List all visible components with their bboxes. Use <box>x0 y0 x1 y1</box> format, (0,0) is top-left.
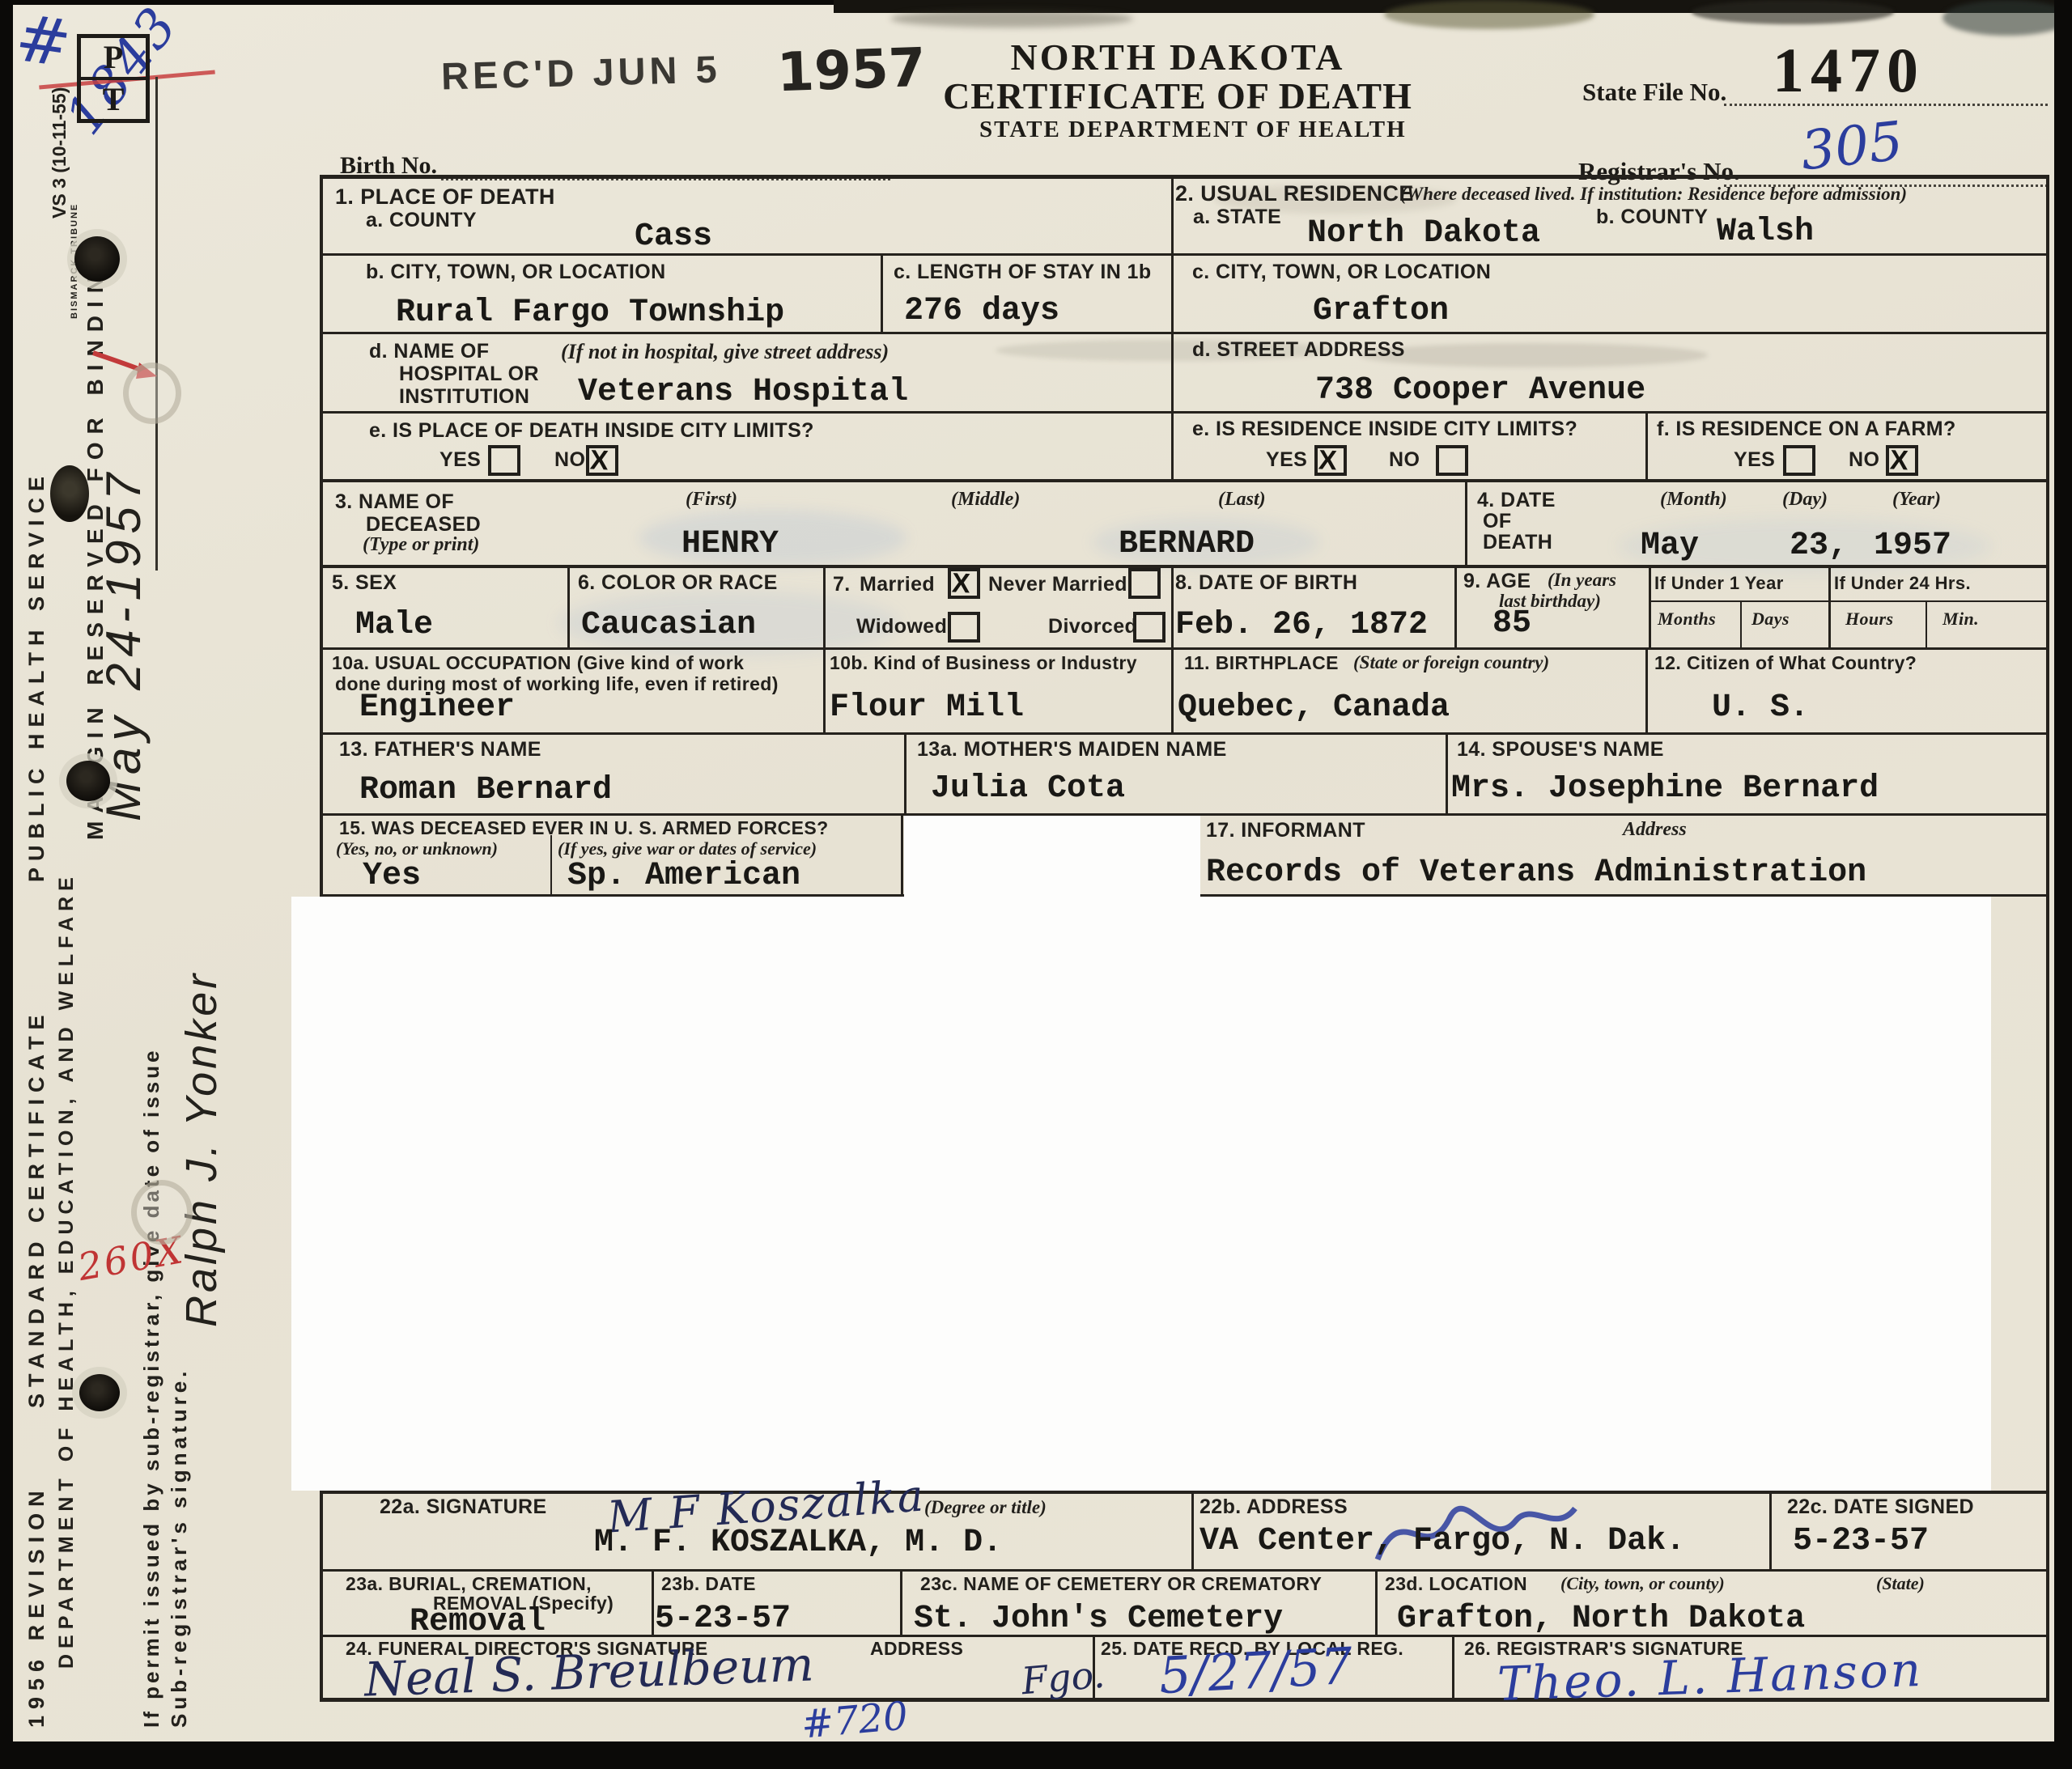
field-street-address-value: 738 Cooper Avenue <box>1315 372 1645 409</box>
birthplace-note: (State or foreign country) <box>1353 652 1549 673</box>
redaction-block-small <box>904 816 1200 900</box>
residence-limits-yes-label: YES <box>1266 448 1307 472</box>
field-usual-residence-label: 2. USUAL RESIDENCE <box>1175 181 1414 206</box>
grid-line <box>320 1491 2049 1494</box>
death-year-label: (Year) <box>1892 489 1941 511</box>
grid-line <box>1828 565 1831 647</box>
field-residence-county-label: b. COUNTY <box>1596 206 1708 229</box>
field-death-city-limits-label: e. IS PLACE OF DEATH INSIDE CITY LIMITS? <box>369 419 814 443</box>
name-middle-label: (Middle) <box>951 489 1020 511</box>
margin-subregistrar-label: Sub-registrar's signature. <box>167 1368 192 1728</box>
death-limits-yes-checkbox <box>488 445 520 476</box>
age-under24hrs-label: If Under 24 Hrs. <box>1834 573 1971 594</box>
grid-line <box>1740 600 1742 647</box>
redaction-block-large <box>291 897 1991 1491</box>
death-limits-no-label: NO <box>554 448 585 472</box>
field-date-of-death-label-1: 4. DATE <box>1477 489 1556 512</box>
grid-line <box>1926 600 1927 647</box>
death-day-label: (Day) <box>1782 489 1828 511</box>
funeral-director-address-label: ADDRESS <box>870 1638 963 1660</box>
death-year-value: 1957 <box>1874 528 1951 564</box>
punch-hole <box>74 236 120 282</box>
hospital-note: (If not in hospital, give street address… <box>561 340 889 364</box>
field-length-of-stay-value: 276 days <box>904 293 1059 329</box>
margin-department: DEPARTMENT OF HEALTH, EDUCATION, AND WEL… <box>55 872 79 1669</box>
field-cemetery-location-label: 23d. LOCATION <box>1385 1573 1527 1595</box>
death-limits-yes-label: YES <box>439 448 481 472</box>
age-note-1: (In years <box>1548 570 1616 591</box>
page-edge-left <box>0 0 13 1769</box>
field-residence-city-limits-label: e. IS RESIDENCE INSIDE CITY LIMITS? <box>1192 418 1577 441</box>
cemetery-location-note-2: (State) <box>1876 1573 1925 1594</box>
field-mother-label: 13a. MOTHER'S MAIDEN NAME <box>917 738 1227 761</box>
farm-yes-checkbox <box>1783 445 1815 476</box>
usual-residence-note: (Where deceased lived. If institution: R… <box>1400 184 1907 205</box>
field-industry-label: 10b. Kind of Business or Industry <box>830 652 1137 674</box>
grid-line <box>1769 1491 1772 1569</box>
death-month-value: May <box>1641 528 1699 564</box>
field-hospital-label-2: HOSPITAL OR <box>399 363 539 386</box>
field-name-label-2: DECEASED <box>366 513 481 537</box>
field-date-signed-label: 22c. DATE SIGNED <box>1787 1495 1974 1519</box>
field-occupation-value: Engineer <box>359 689 515 726</box>
age-min-label: Min. <box>1942 609 1979 630</box>
form-title-line3: STATE DEPARTMENT OF HEALTH <box>979 117 1376 143</box>
field-date-received-value: 5/27/57 <box>1157 1636 1354 1705</box>
field-cemetery-location-value: Grafton, North Dakota <box>1397 1601 1805 1637</box>
marital-never-married-label: Never Married <box>988 573 1127 596</box>
margin-standard-certificate: STANDARD CERTIFICATE <box>24 1009 49 1408</box>
marital-married-label: Married <box>860 573 935 596</box>
age-under1year-label: If Under 1 Year <box>1654 573 1784 594</box>
pt-box-p: P <box>81 38 146 80</box>
pt-stamp-box: P T <box>77 34 150 123</box>
field-hospital-label-1: d. NAME OF <box>369 340 489 363</box>
received-stamp-text: REC'D JUN 5 <box>440 47 721 97</box>
field-signature-address-value: VA Center, Fargo, N. Dak. <box>1199 1523 1685 1559</box>
residence-limits-no-checkbox <box>1436 445 1468 476</box>
grid-line <box>2046 175 2049 1702</box>
field-burial-date-label: 23b. DATE <box>661 1573 756 1595</box>
punch-hole <box>66 761 110 801</box>
grid-line <box>320 332 2049 334</box>
grid-line <box>567 565 570 647</box>
death-certificate-scan: REC'D JUN 5 1957 NORTH DAKOTA CERTIFICAT… <box>0 0 2072 1769</box>
marital-widowed-label: Widowed <box>856 615 947 638</box>
marital-divorced-label: Divorced <box>1048 615 1137 638</box>
field-father-value: Roman Bernard <box>359 772 612 808</box>
name-first-label: (First) <box>686 489 737 511</box>
form-title-line1: NORTH DAKOTA <box>1004 36 1352 78</box>
grid-line <box>1645 411 1648 479</box>
field-county-label: a. COUNTY <box>366 209 477 232</box>
field-signature-address-label: 22b. ADDRESS <box>1199 1495 1348 1519</box>
field-date-of-death-label-2: OF <box>1483 510 1512 533</box>
grid-line <box>320 175 2049 179</box>
field-occupation-label-1: 10a. USUAL OCCUPATION (Give kind of work <box>332 652 744 674</box>
field-city-value: Rural Fargo Township <box>396 295 784 331</box>
field-length-of-stay-label: c. LENGTH OF STAY IN 1b <box>894 261 1152 284</box>
field-informant-label: 17. INFORMANT <box>1206 819 1365 842</box>
field-state-label: a. STATE <box>1193 206 1281 229</box>
field-race-label: 6. COLOR OR RACE <box>578 571 778 595</box>
field-residence-city-value: Grafton <box>1313 293 1449 329</box>
marital-divorced-checkbox <box>1133 612 1165 643</box>
grid-line <box>1649 565 1651 647</box>
field-hospital-value: Veterans Hospital <box>578 374 908 410</box>
embossed-seal-mark <box>131 1180 193 1245</box>
field-city-label: b. CITY, TOWN, OR LOCATION <box>366 261 666 284</box>
death-month-label: (Month) <box>1660 489 1727 511</box>
age-hours-label: Hours <box>1845 609 1893 630</box>
grid-line <box>652 1569 654 1635</box>
residence-limits-no-label: NO <box>1389 448 1420 472</box>
field-spouse-label: 14. SPOUSE'S NAME <box>1457 738 1664 761</box>
grid-line <box>1452 1635 1454 1698</box>
grid-line <box>1645 647 1648 732</box>
binding-rule-line <box>155 77 158 571</box>
residence-limits-yes-checkbox <box>1314 445 1347 476</box>
field-county-value: Cass <box>635 218 712 255</box>
field-name-label-3: (Type or print) <box>363 534 479 556</box>
state-file-value: 1470 <box>1773 34 1925 107</box>
embossed-seal-mark <box>123 363 181 424</box>
field-age-label: 9. AGE <box>1463 570 1531 593</box>
armed-forces-note-2: (If yes, give war or dates of service) <box>558 838 817 859</box>
field-race-value: Caucasian <box>581 607 756 643</box>
state-file-label: State File No. <box>1582 78 1726 107</box>
registrar-no-value: 305 <box>1798 110 1905 183</box>
registrar-no-label: Registrar's No. <box>1578 157 1740 186</box>
field-citizen-value: U. S. <box>1712 689 1809 726</box>
margin-public-health-service: PUBLIC HEALTH SERVICE <box>24 470 49 882</box>
age-months-label: Months <box>1658 609 1716 630</box>
page-edge-bottom <box>0 1741 2072 1769</box>
grid-line <box>320 411 2049 414</box>
age-days-label: Days <box>1751 609 1790 630</box>
marital-number-label: 7. <box>833 573 851 596</box>
field-residence-county-value: Walsh <box>1717 214 1814 250</box>
field-residence-city-label: c. CITY, TOWN, OR LOCATION <box>1192 261 1491 284</box>
grid-line <box>320 647 2049 650</box>
ghost-bleed <box>1360 343 1708 367</box>
armed-forces-war-value: Sp. American <box>567 858 800 894</box>
case-number-handwriting: #720 <box>800 1693 910 1747</box>
funeral-director-place-handwriting: Fgo. <box>1020 1652 1106 1703</box>
grid-line <box>1171 175 1174 479</box>
field-informant-value: Records of Veterans Administration <box>1206 855 1866 891</box>
grid-line <box>1191 1491 1194 1569</box>
field-date-of-birth-label: 8. DATE OF BIRTH <box>1175 571 1357 595</box>
state-file-blank-line <box>1724 104 2048 106</box>
field-father-label: 13. FATHER'S NAME <box>339 738 541 761</box>
name-last-label: (Last) <box>1218 489 1266 511</box>
grid-line <box>1171 565 1174 732</box>
smudge <box>1942 0 2072 36</box>
field-cemetery-value: St. John's Cemetery <box>914 1601 1283 1637</box>
grid-line <box>320 1569 2049 1572</box>
death-limits-no-checkbox <box>586 445 618 476</box>
field-industry-value: Flour Mill <box>830 689 1024 726</box>
name-first-value: HENRY <box>681 526 779 562</box>
subregistrar-signature-handwriting: Ralph J. Yonker <box>176 971 227 1327</box>
smudge <box>890 10 1133 28</box>
field-burial-value: Removal <box>410 1604 546 1640</box>
farm-no-checkbox <box>1886 445 1918 476</box>
field-sex-value: Male <box>355 607 433 643</box>
grid-line <box>1649 600 2048 602</box>
form-title-line2: CERTIFICATE OF DEATH <box>931 74 1424 117</box>
margin-permit-note: If permit issued by sub-registrar, give … <box>139 1047 164 1728</box>
field-citizen-label: 12. Citizen of What Country? <box>1654 652 1917 674</box>
field-armed-forces-label: 15. WAS DECEASED EVER IN U. S. ARMED FOR… <box>339 817 829 839</box>
grid-line <box>904 732 906 813</box>
farm-no-label: NO <box>1849 448 1879 472</box>
grid-line <box>320 732 2049 735</box>
field-date-of-birth-value: Feb. 26, 1872 <box>1175 607 1428 643</box>
grid-line <box>881 253 883 332</box>
pt-box-t: T <box>81 80 146 116</box>
grid-line <box>900 1569 902 1635</box>
hash-mark-handwriting: # <box>11 0 75 82</box>
field-date-signed-value: 5-23-57 <box>1793 1523 1929 1559</box>
grid-line <box>901 813 903 894</box>
field-burial-date-value: 5-23-57 <box>655 1601 791 1637</box>
grid-line <box>320 479 2049 482</box>
field-street-address-label: d. STREET ADDRESS <box>1192 338 1405 362</box>
field-cemetery-label: 23c. NAME OF CEMETERY OR CREMATORY <box>920 1573 1322 1595</box>
received-stamp: REC'D JUN 5 <box>440 46 721 98</box>
field-mother-value: Julia Cota <box>931 770 1125 807</box>
page-edge-right <box>2054 0 2072 1769</box>
field-residence-farm-label: f. IS RESIDENCE ON A FARM? <box>1657 418 1956 441</box>
name-last-value: BERNARD <box>1119 526 1255 562</box>
field-name-label-1: 3. NAME OF <box>335 490 454 514</box>
field-state-value: North Dakota <box>1307 215 1540 252</box>
cemetery-location-note-1: (City, town, or county) <box>1560 1573 1725 1594</box>
smudge <box>1384 0 1594 29</box>
field-birthplace-value: Quebec, Canada <box>1178 689 1450 726</box>
death-day-value: 23, <box>1790 528 1848 564</box>
marital-widowed-checkbox <box>948 612 980 643</box>
field-sex-label: 5. SEX <box>332 571 397 595</box>
margin-revision: 1956 REVISION <box>24 1484 49 1728</box>
margin-form-code: VS 3 (10-11-55) <box>49 87 70 218</box>
field-burial-label-1: 23a. BURIAL, CREMATION, <box>346 1573 592 1595</box>
informant-address-label: Address <box>1623 819 1687 841</box>
field-signature-label: 22a. SIGNATURE <box>380 1495 547 1519</box>
grid-line <box>823 565 826 647</box>
armed-forces-note-1: (Yes, no, or unknown) <box>336 838 498 859</box>
punch-hole <box>79 1374 120 1411</box>
field-birthplace-label: 11. BIRTHPLACE <box>1184 652 1339 674</box>
received-stamp-year: 1957 <box>776 36 927 104</box>
field-date-of-death-label-3: DEATH <box>1483 531 1552 554</box>
smudge <box>1692 0 1894 24</box>
grid-line <box>320 253 2049 256</box>
grid-line <box>320 565 2049 568</box>
field-place-of-death-label: 1. PLACE OF DEATH <box>335 185 555 210</box>
grid-line <box>823 647 826 732</box>
grid-line <box>1446 732 1448 813</box>
grid-line <box>1465 479 1467 565</box>
physician-name-typed: M. F. KOSZALKA, M. D. <box>594 1525 1002 1561</box>
marital-never-married-checkbox <box>1128 568 1161 599</box>
grid-line <box>550 835 552 894</box>
field-age-value: 85 <box>1492 605 1531 642</box>
grid-line <box>1454 565 1457 647</box>
armed-forces-answer-value: Yes <box>363 858 421 894</box>
field-hospital-label-3: INSTITUTION <box>399 385 529 409</box>
marital-married-checkbox <box>948 568 980 599</box>
farm-yes-label: YES <box>1734 448 1775 472</box>
degree-or-title-note: (Degree or title) <box>924 1497 1047 1518</box>
field-spouse-value: Mrs. Josephine Bernard <box>1451 770 1879 807</box>
